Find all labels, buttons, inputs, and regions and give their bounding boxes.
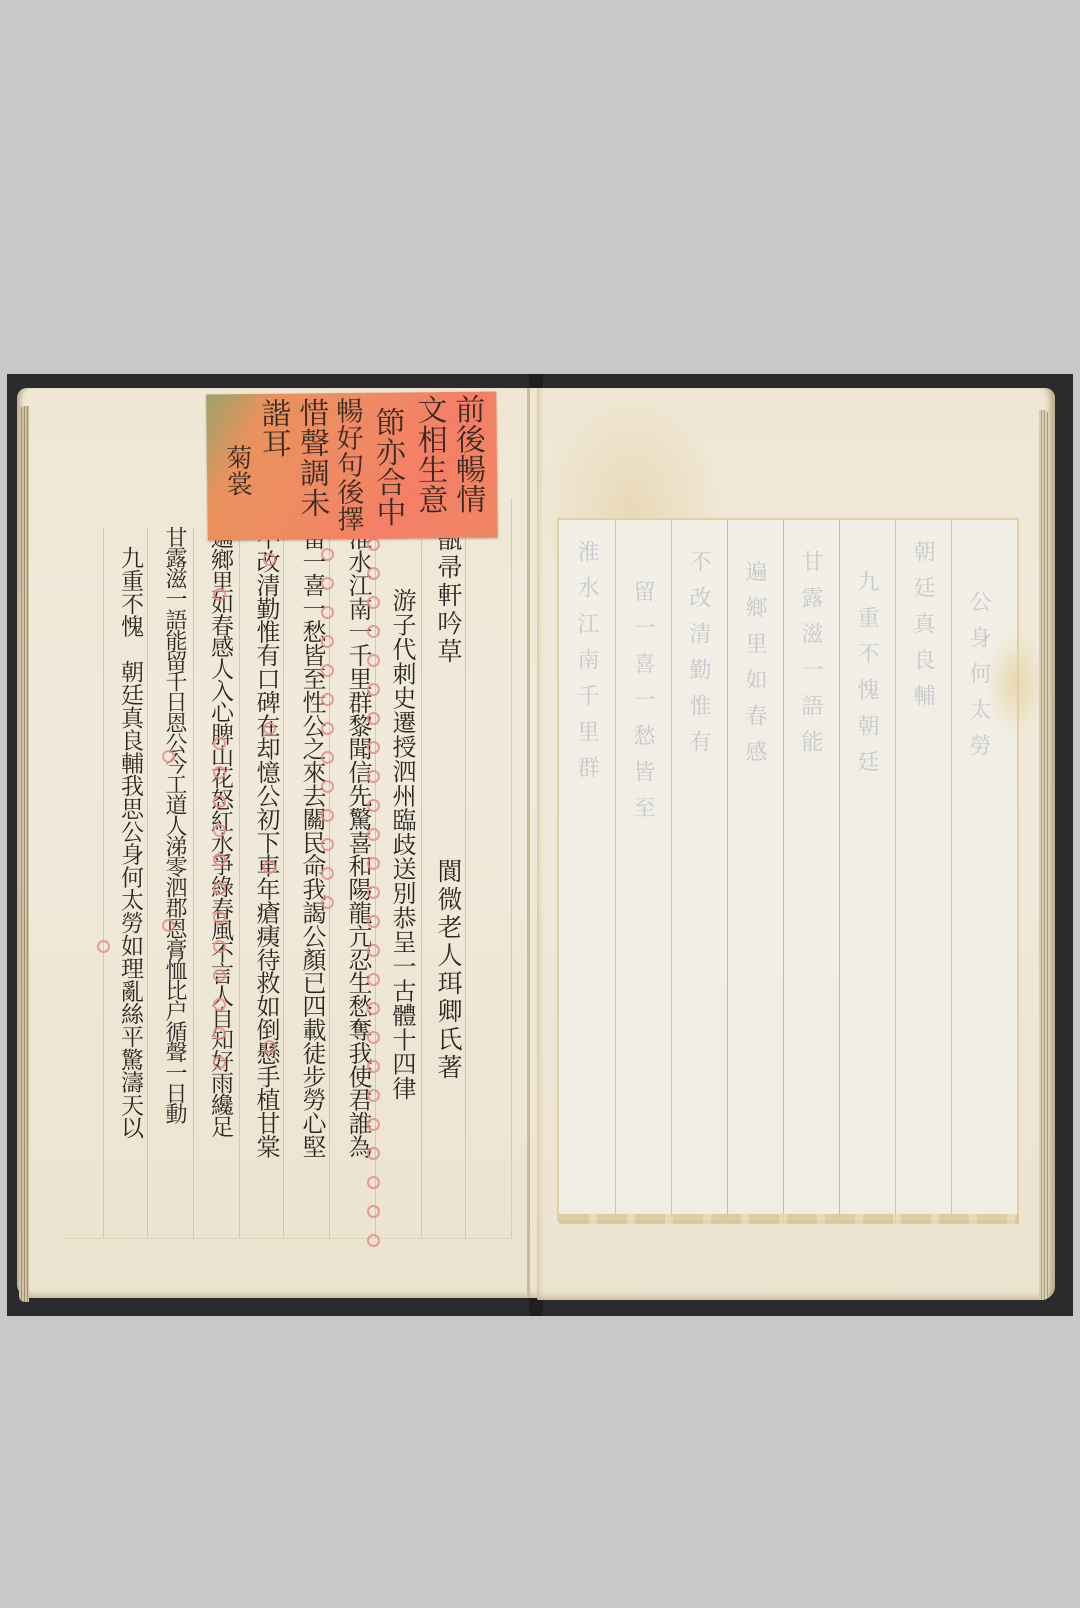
show-through-text: 九重不愧朝廷: [853, 570, 879, 786]
red-annotation-circles: [97, 940, 109, 969]
red-annotation-circles: [213, 588, 225, 1085]
rule-line: [193, 528, 194, 1238]
slip-column: 文相生意: [412, 394, 445, 514]
show-through-text: 留一喜一愁皆至: [629, 580, 655, 832]
pasted-comment-slip: 前後暢情 文相生意 節亦合中 暢好句後擇 惜聲調未 諧耳 菊裳: [206, 391, 498, 540]
show-through-text: 遍鄉里如春感: [741, 560, 767, 776]
slip-column: 諧耳: [256, 398, 289, 458]
slip-column: 節亦合中: [370, 406, 403, 526]
poem-column: 九重不愧 朝廷真良輔我思公身何太勞如理亂絲平驚濤天以: [115, 546, 145, 1139]
right-page-edges: [1039, 410, 1049, 1300]
rule-line: [465, 528, 466, 1238]
left-page-edges: [19, 406, 29, 1302]
author-line: 閬微老人珥卿氏著: [433, 858, 463, 1082]
rule-line: [283, 528, 284, 1238]
show-through-text: 朝廷真良輔: [909, 540, 935, 720]
red-annotation-circles: [162, 750, 174, 948]
rule-line: [671, 520, 672, 1220]
book-title: 甑帚軒吟草: [433, 526, 463, 666]
rule-line: [615, 520, 616, 1220]
right-page-ruled-frame: 淮水江南千里群 留一喜一愁皆至 不改清勤惟有 遍鄉里如春感 甘露滋一語能 九重不…: [557, 518, 1019, 1222]
slip-column: 惜聲調未: [294, 397, 327, 517]
rule-line: [239, 528, 240, 1238]
show-through-text: 不改清勤惟有: [685, 550, 711, 766]
rule-line: [421, 528, 422, 1238]
slip-column: 菊裳: [221, 444, 254, 496]
rule-line: [783, 520, 784, 1220]
red-annotation-circles: [321, 548, 333, 925]
poem-title: 游子代刺史遷授泗州臨歧送別恭呈一古體十四律: [387, 588, 417, 1100]
rule-line: [727, 520, 728, 1220]
water-stain: [985, 628, 1045, 738]
rule-line: [147, 528, 148, 1238]
right-page: 淮水江南千里群 留一喜一愁皆至 不改清勤惟有 遍鄉里如春感 甘露滋一語能 九重不…: [537, 388, 1055, 1300]
slip-column: 暢好句後擇: [332, 397, 361, 532]
spine-fold: [527, 388, 530, 1298]
rule-line: [103, 528, 104, 1238]
rule-line: [839, 520, 840, 1220]
show-through-text: 甘露滋一語能: [797, 550, 823, 766]
rule-line: [895, 520, 896, 1220]
frame-bottom-band: [559, 1214, 1019, 1224]
rule-line: [951, 520, 952, 1220]
red-annotation-circles: [367, 538, 379, 1263]
book-photo: 甑帚軒吟草 閬微老人珥卿氏著 游子代刺史遷授泗州臨歧送別恭呈一古體十四律 淮水江…: [7, 374, 1073, 1316]
show-through-text: 淮水江南千里群: [573, 540, 599, 792]
left-page: 甑帚軒吟草 閬微老人珥卿氏著 游子代刺史遷授泗州臨歧送別恭呈一古體十四律 淮水江…: [17, 388, 541, 1298]
slip-column: 前後暢情: [450, 394, 483, 514]
red-annotation-circles: [263, 553, 275, 1069]
